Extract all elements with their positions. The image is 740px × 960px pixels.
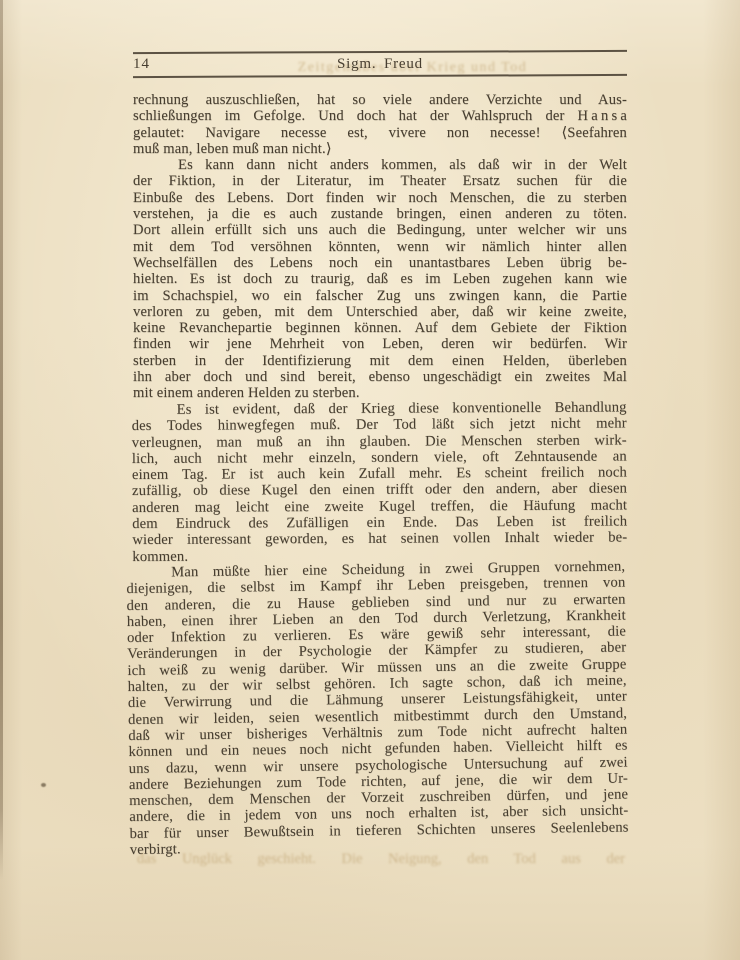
text-line: finden wir jene Mehrheit von Leben, dere… <box>133 336 627 352</box>
paragraph: Es ist evident, daß der Krieg diese konv… <box>132 399 628 565</box>
header-rule-top <box>133 50 627 54</box>
text-line: keine Revanchepartie beginnen können. Au… <box>133 320 627 336</box>
text-line: verloren zu geben, mit dem Unterschied a… <box>133 304 627 320</box>
paragraph: Es kann dann nicht anders kommen, als da… <box>133 157 627 401</box>
text-line: verleugnen, man muß an ihn glauben. Die … <box>132 432 627 451</box>
text-line: Es kann dann nicht anders kommen, als da… <box>133 157 627 173</box>
text-line: zufällig, ob diese Kugel den einen triff… <box>132 481 627 500</box>
book-page: Zeitgemäßes über Krieg und Tod 14 Sigm. … <box>0 0 740 960</box>
text-block: rechnung auszuschließen, hat so viele an… <box>133 92 627 858</box>
text-line: mit dem Tod versöhnen könnten, wenn wir … <box>133 239 627 255</box>
text-line: Wechselfällen des Lebens noch ein unanta… <box>133 255 627 271</box>
text-line: muß man, leben muß man nicht.⟩ <box>133 141 627 157</box>
text-line: der Fiktion, in der Literatur, im Theate… <box>133 173 627 189</box>
ink-speck-artifact <box>41 783 46 787</box>
text-line: verstehen, ja die es auch zustande bring… <box>133 206 627 222</box>
header-rule-bottom <box>133 74 627 78</box>
text-line: sterben in der Identifizierung mit dem e… <box>133 353 627 369</box>
text-line: Einbuße des Lebens. Dort finden wir noch… <box>133 190 627 206</box>
running-title: Sigm. Freud <box>133 56 627 73</box>
text-line: ihn aber doch und sind bereit, ebenso un… <box>133 369 627 385</box>
paragraph: rechnung auszuschließen, hat so viele an… <box>133 92 627 157</box>
text-line: Dort allein erfüllt sich uns auch die Be… <box>133 222 627 238</box>
text-line: rechnung auszuschließen, hat so viele an… <box>133 92 627 108</box>
text-line: hielten. Es ist doch zu traurig, daß es … <box>133 271 627 287</box>
text-line: gelautet: Navigare necesse est, vivere n… <box>133 125 627 141</box>
text-line: des Todes hinwegfegen muß. Der Tod läßt … <box>132 415 627 434</box>
text-line: wieder interessant geworden, es hat sein… <box>132 529 627 548</box>
text-line: schließungen im Gefolge. Und doch hat de… <box>133 108 627 124</box>
scan-left-edge-shadow <box>0 0 3 880</box>
text-line: im Schachspiel, wo ein falscher Zug uns … <box>133 288 627 304</box>
paragraph: Man müßte hier eine Scheidung in zwei Gr… <box>126 558 629 858</box>
